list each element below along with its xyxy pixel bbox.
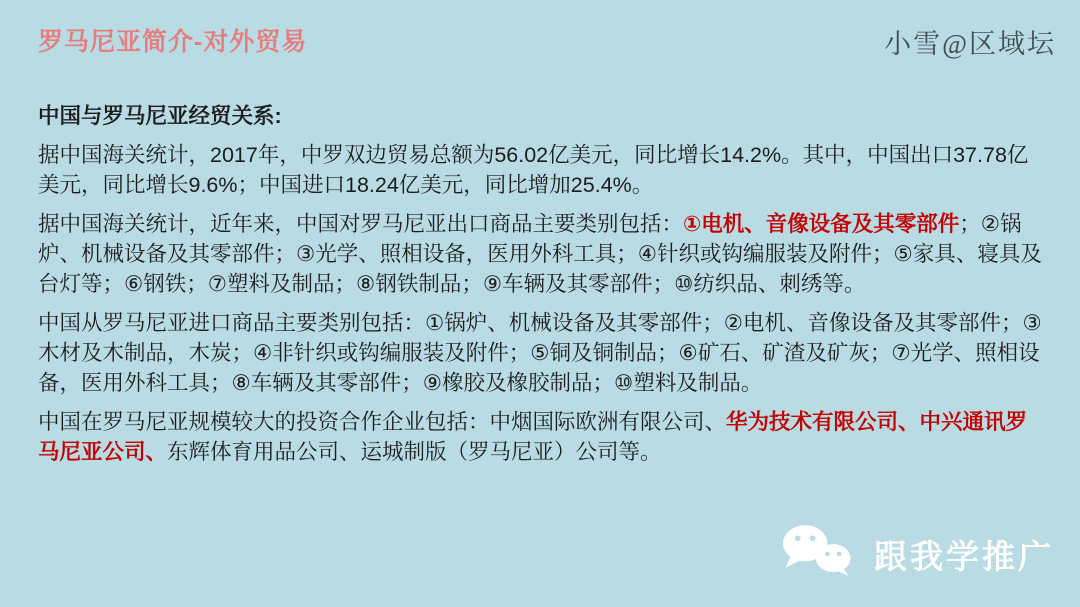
- author-watermark: 小雪@区域坛: [884, 22, 1056, 61]
- text-segment: 据中国海关统计，近年来，中国对罗马尼亚出口商品主要类别包括：: [38, 212, 683, 236]
- slide-title: 罗马尼亚简介-对外贸易: [38, 22, 307, 58]
- paragraph-bilateral-trade-stats: 据中国海关统计，2017年，中罗双边贸易总额为56.02亿美元，同比增长14.2…: [38, 140, 1044, 200]
- text-segment: 中国在罗马尼亚规模较大的投资合作企业包括：中烟国际欧洲有限公司、: [38, 410, 726, 434]
- text-segment: 东辉体育用品公司、运城制版（罗马尼亚）公司等。: [167, 440, 662, 464]
- text-segment: 中国从罗马尼亚进口商品主要类别包括：①锅炉、机械设备及其零部件；②电机、音像设备…: [38, 311, 1042, 395]
- presentation-slide: 罗马尼亚简介-对外贸易 小雪@区域坛 中国与罗马尼亚经贸关系: 据中国海关统计，…: [0, 0, 1080, 607]
- emphasis-segment: ①电机、音像设备及其零部件: [683, 212, 959, 236]
- paragraph-china-import-categories: 中国从罗马尼亚进口商品主要类别包括：①锅炉、机械设备及其零部件；②电机、音像设备…: [38, 308, 1044, 398]
- section-heading: 中国与罗马尼亚经贸关系:: [38, 101, 1044, 131]
- paragraph-list: 据中国海关统计，2017年，中罗双边贸易总额为56.02亿美元，同比增长14.2…: [38, 140, 1044, 467]
- text-segment: 据中国海关统计，2017年，中罗双边贸易总额为56.02亿美元，同比增长14.2…: [38, 143, 1028, 197]
- paragraph-investment-companies: 中国在罗马尼亚规模较大的投资合作企业包括：中烟国际欧洲有限公司、华为技术有限公司…: [38, 407, 1044, 467]
- channel-watermark: 跟我学推广: [778, 521, 1054, 587]
- paragraph-china-export-categories: 据中国海关统计，近年来，中国对罗马尼亚出口商品主要类别包括：①电机、音像设备及其…: [38, 209, 1044, 299]
- slide-body: 中国与罗马尼亚经贸关系: 据中国海关统计，2017年，中罗双边贸易总额为56.0…: [38, 101, 1044, 476]
- wechat-logo-icon: [778, 521, 862, 587]
- channel-watermark-text: 跟我学推广: [874, 531, 1054, 578]
